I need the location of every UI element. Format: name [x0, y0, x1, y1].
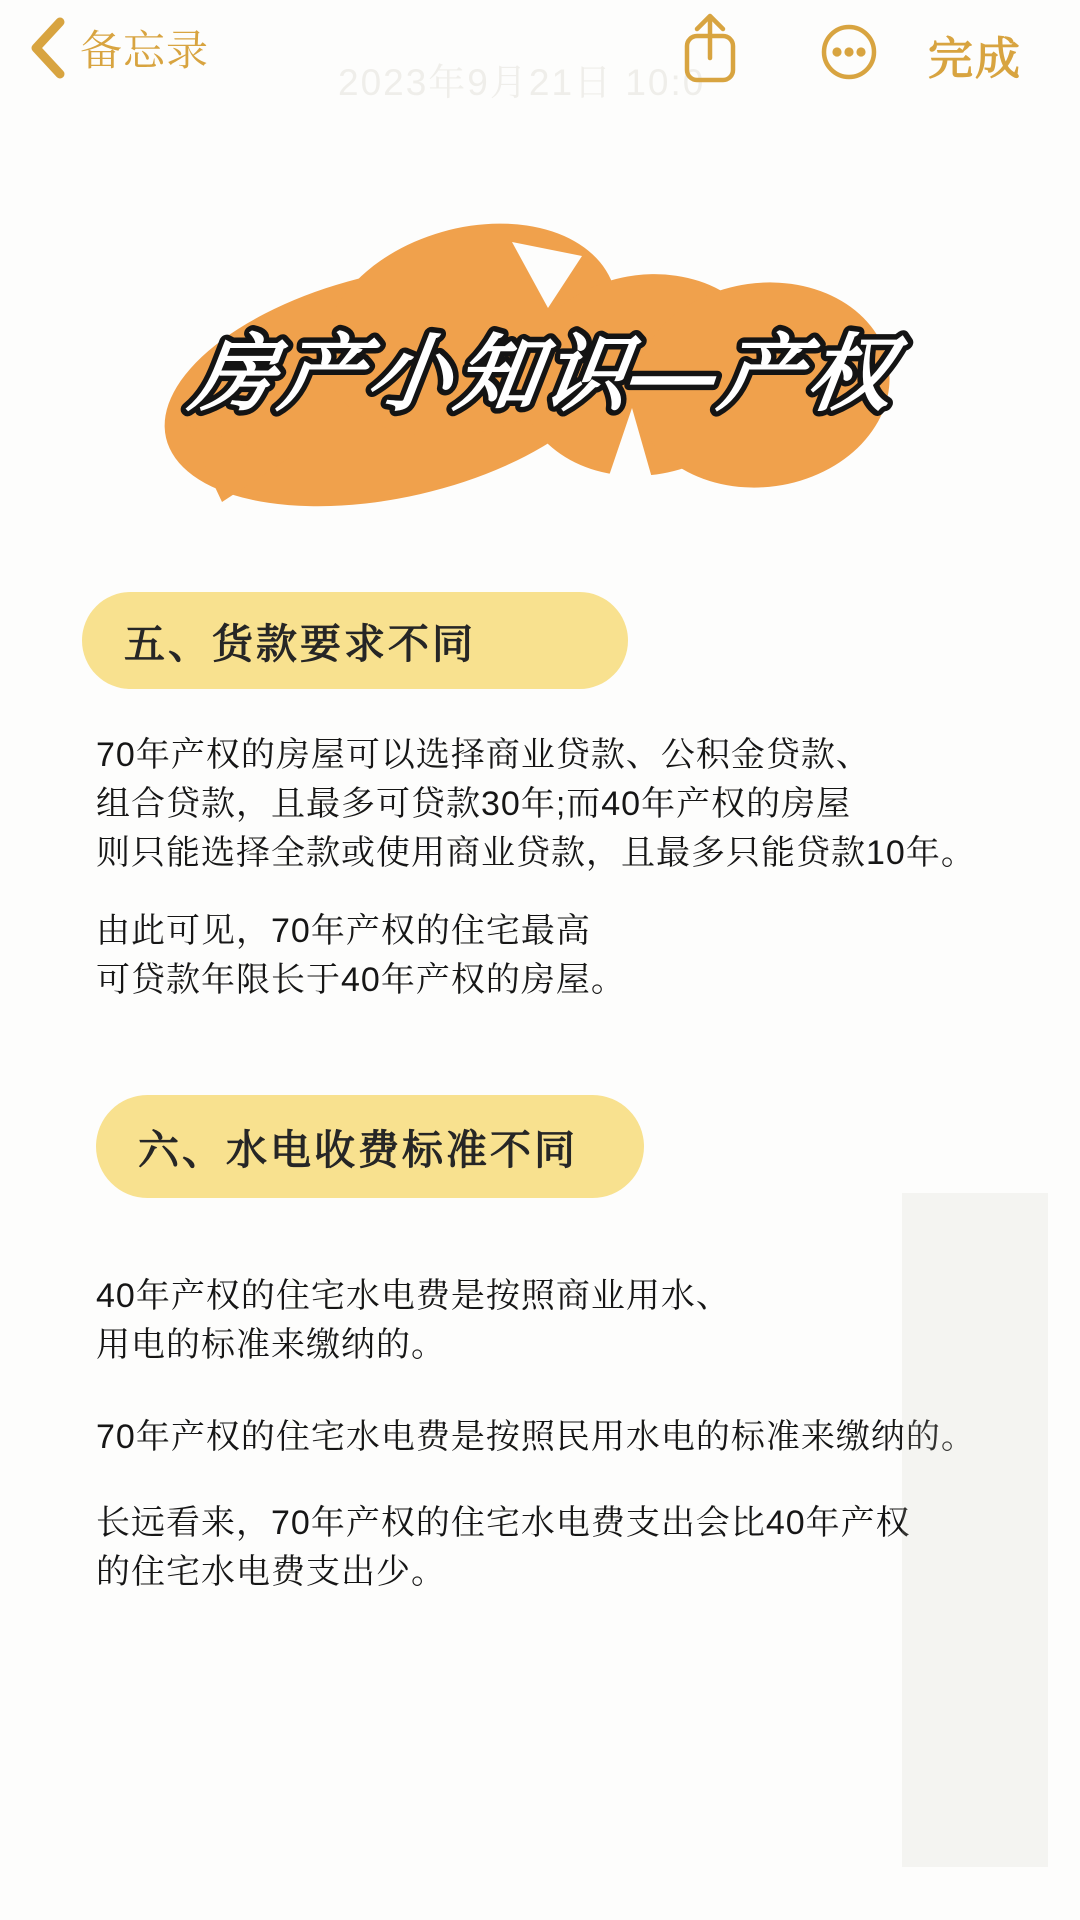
share-icon	[683, 72, 737, 87]
text-line: 组合贷款，且最多可贷款30年;而40年产权的房屋	[96, 780, 976, 829]
text-line: 用电的标准来缴纳的。	[96, 1321, 731, 1370]
note-date-stamp: 2023年9月21日 10:0	[338, 52, 705, 106]
paragraph-utilities-40: 40年产权的住宅水电费是按照商业用水、 用电的标准来缴纳的。	[96, 1272, 731, 1370]
section-heading-loan: 五、货款要求不同	[82, 592, 628, 689]
paragraph-loan-conclusion: 由此可见，70年产权的住宅最高 可贷款年限长于40年产权的房屋。	[96, 907, 626, 1005]
back-button[interactable]: 备忘录	[28, 16, 209, 85]
text-line: 70年产权的住宅水电费是按照民用水电的标准来缴纳的。	[96, 1413, 976, 1462]
paragraph-utilities-conclusion: 长远看来，70年产权的住宅水电费支出会比40年产权 的住宅水电费支出少。	[96, 1499, 911, 1597]
done-button[interactable]: 完成	[928, 22, 1022, 87]
nav-bar: 备忘录 2023年9月21日 10:0 完成	[0, 0, 1080, 110]
section-heading-utilities: 六、水电收费标准不同	[96, 1095, 644, 1198]
text-line: 的住宅水电费支出少。	[96, 1548, 911, 1597]
text-line: 则只能选择全款或使用商业贷款，且最多只能贷款10年。	[96, 829, 976, 878]
text-line: 由此可见，70年产权的住宅最高	[96, 907, 626, 956]
text-line: 可贷款年限长于40年产权的房屋。	[96, 956, 626, 1005]
paragraph-utilities-70: 70年产权的住宅水电费是按照民用水电的标准来缴纳的。	[96, 1413, 976, 1462]
notes-app-screen: 备忘录 2023年9月21日 10:0 完成	[0, 0, 1080, 1920]
image-scan-artifact	[902, 1193, 1048, 1867]
note-image[interactable]: 房产小知识—产权 五、货款要求不同 70年产权的房屋可以选择商业贷款、公积金贷款…	[0, 110, 1080, 1900]
section-heading-text: 六、水电收费标准不同	[138, 1117, 578, 1176]
share-button[interactable]	[683, 12, 737, 87]
note-title: 房产小知识—产权	[184, 327, 912, 421]
text-line: 40年产权的住宅水电费是按照商业用水、	[96, 1272, 731, 1321]
paragraph-loan-options: 70年产权的房屋可以选择商业贷款、公积金贷款、 组合贷款，且最多可贷款30年;而…	[96, 731, 976, 878]
text-line: 70年产权的房屋可以选择商业贷款、公积金贷款、	[96, 731, 976, 780]
back-chevron-icon	[28, 16, 66, 85]
more-button[interactable]	[820, 23, 878, 84]
text-line: 长远看来，70年产权的住宅水电费支出会比40年产权	[96, 1499, 911, 1548]
section-heading-text: 五、货款要求不同	[124, 611, 476, 670]
back-button-label: 备忘录	[80, 19, 209, 83]
note-title-highlight: 房产小知识—产权	[0, 190, 1080, 520]
ellipsis-circle-icon	[820, 69, 878, 84]
